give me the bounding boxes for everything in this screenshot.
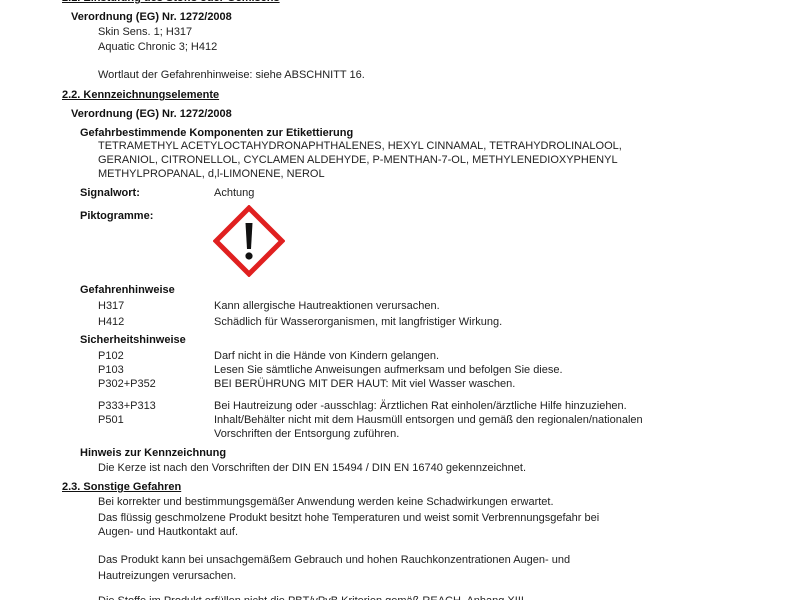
other-hazards-line-cutoff: Die Stoffe im Produkt erfüllen nicht die…: [98, 594, 527, 600]
precaution-code: P102: [98, 349, 124, 363]
precaution-code: P501: [98, 413, 124, 427]
precaution-code: P302+P352: [98, 377, 156, 391]
classification-item: Skin Sens. 1; H317: [98, 25, 192, 39]
signal-word-label: Signalwort:: [80, 186, 140, 200]
precaution-text: Lesen Sie sämtliche Anweisungen aufmerks…: [214, 363, 563, 377]
hazard-statements-label: Gefahrenhinweise: [80, 283, 175, 297]
labeling-note-label: Hinweis zur Kennzeichnung: [80, 446, 226, 460]
hazard-text: Kann allergische Hautreaktionen verursac…: [214, 299, 440, 313]
other-hazards-line: Das flüssig geschmolzene Produkt besitzt…: [98, 511, 599, 525]
hazard-code: H412: [98, 315, 124, 329]
components-line: TETRAMETHYL ACETYLOCTAHYDRONAPHTHALENES,…: [98, 139, 622, 153]
precaution-text: Darf nicht in die Hände von Kindern gela…: [214, 349, 439, 363]
hazard-code: H317: [98, 299, 124, 313]
section-2-2-heading: 2.2. Kennzeichnungselemente: [62, 88, 219, 102]
section-2-1-heading: 2.1. Einstufung des Stoffs oder Gemischs: [62, 0, 280, 5]
labeling-note: Die Kerze ist nach den Vorschriften der …: [98, 461, 526, 475]
exclamation-mark-diamond-icon: [213, 205, 285, 277]
precaution-text-continued: Vorschriften der Entsorgung zuführen.: [214, 427, 399, 441]
components-line: METHYLPROPANAL, d,l-LIMONENE, NEROL: [98, 167, 325, 181]
components-label: Gefahrbestimmende Komponenten zur Etiket…: [80, 126, 353, 140]
precaution-text: BEI BERÜHRUNG MIT DER HAUT: Mit viel Was…: [214, 377, 515, 391]
precaution-code: P333+P313: [98, 399, 156, 413]
pictograms-label: Piktogramme:: [80, 209, 153, 223]
other-hazards-line: Augen- und Hautkontakt auf.: [98, 525, 238, 539]
precaution-text: Bei Hautreizung oder -ausschlag: Ärztlic…: [214, 399, 627, 413]
precautionary-statements-label: Sicherheitshinweise: [80, 333, 186, 347]
wording-note: Wortlaut der Gefahrenhinweise: siehe ABS…: [98, 68, 365, 82]
hazard-text: Schädlich für Wasserorganismen, mit lang…: [214, 315, 502, 329]
classification-item: Aquatic Chronic 3; H412: [98, 40, 217, 54]
other-hazards-line: Bei korrekter und bestimmungsgemäßer Anw…: [98, 495, 554, 509]
other-hazards-line: Das Produkt kann bei unsachgemäßem Gebra…: [98, 553, 570, 567]
precaution-text: Inhalt/Behälter nicht mit dem Hausmüll e…: [214, 413, 643, 427]
section-2-3-heading: 2.3. Sonstige Gefahren: [62, 480, 181, 494]
regulation-label-2-1: Verordnung (EG) Nr. 1272/2008: [71, 10, 232, 24]
precaution-code: P103: [98, 363, 124, 377]
other-hazards-line: Hautreizungen verursachen.: [98, 569, 236, 583]
regulation-label-2-2: Verordnung (EG) Nr. 1272/2008: [71, 107, 232, 121]
components-line: GERANIOL, CITRONELLOL, CYCLAMEN ALDEHYDE…: [98, 153, 618, 167]
signal-word-value: Achtung: [214, 186, 254, 200]
